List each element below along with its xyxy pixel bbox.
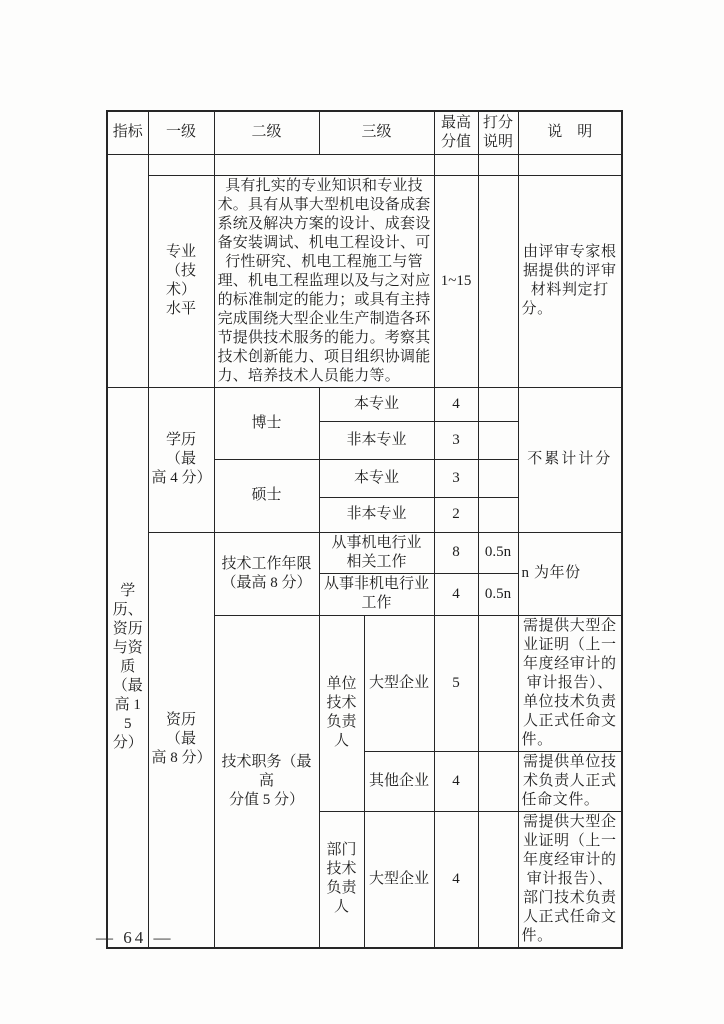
education-level1: 学历（最 高 4 分） (148, 387, 214, 532)
header-remark: 说 明 (518, 111, 622, 154)
unit-other-score: 4 (434, 751, 478, 811)
evaluation-table: 指标 一级 二级 三级 最高 分值 打分 说明 说 明 专业（技 术） 水平 具… (106, 110, 623, 949)
edu-master-nonmajor-score: 2 (434, 497, 478, 532)
edu-phd-major-row: 学历、 资历 与资 质（最 高 15 分） 学历（最 高 4 分） 博士 本专业… (107, 387, 622, 421)
header-max-score: 最高 分值 (434, 111, 478, 154)
empty-cell (478, 154, 518, 175)
workyears-related-level3: 从事机电行业 相关工作 (319, 532, 434, 573)
edu-phd-nonmajor-level3: 非本专业 (319, 421, 434, 459)
carryover-row (107, 154, 622, 175)
empty-cell (478, 175, 518, 387)
header-level3: 三级 (319, 111, 434, 154)
empty-cell (478, 811, 518, 948)
empty-cell (214, 154, 434, 175)
header-scoring-note: 打分 说明 (478, 111, 518, 154)
unit-large-score: 5 (434, 615, 478, 751)
empty-cell (478, 751, 518, 811)
professional-max-score: 1~15 (434, 175, 478, 387)
workyears-nonrelated-score: 4 (434, 573, 478, 615)
empty-cell (434, 154, 478, 175)
professional-row: 专业（技 术） 水平 具有扎实的专业知识和专业技术。具有从事大型机电设备成套系统… (107, 175, 622, 387)
edu-phd-nonmajor-score: 3 (434, 421, 478, 459)
header-row: 指标 一级 二级 三级 最高 分值 打分 说明 说 明 (107, 111, 622, 154)
titles-level2: 技术职务（最高 分值 5 分） (214, 615, 319, 948)
edu-phd-major-level3: 本专业 (319, 387, 434, 421)
unit-large-enterprise: 大型企业 (364, 615, 434, 751)
empty-cell (478, 459, 518, 497)
workyears-level2: 技术工作年限 （最高 8 分） (214, 532, 319, 615)
workyears-nonrelated-rule: 0.5n (478, 573, 518, 615)
header-level1: 一级 (148, 111, 214, 154)
document-page: 指标 一级 二级 三级 最高 分值 打分 说明 说 明 专业（技 术） 水平 具… (0, 0, 724, 1024)
indicator-qualification: 学历、 资历 与资 质（最 高 15 分） (107, 387, 148, 948)
unit-other-remark: 需提供单位技术负责人正式任命文件。 (518, 751, 622, 811)
header-level2: 二级 (214, 111, 319, 154)
empty-cell (478, 421, 518, 459)
unit-leader-label: 单位 技术 负责 人 (319, 615, 364, 811)
indicator-empty-cell (107, 154, 148, 387)
professional-level1: 专业（技 术） 水平 (148, 175, 214, 387)
empty-cell (478, 387, 518, 421)
dept-large-enterprise: 大型企业 (364, 811, 434, 948)
empty-cell (478, 497, 518, 532)
dept-large-remark: 需提供大型企业证明（上一年度经审计的审计报告）、部门技术负责人正式任命文件。 (518, 811, 622, 948)
professional-criteria: 具有扎实的专业知识和专业技术。具有从事大型机电设备成套系统及解决方案的设计、成套… (214, 175, 434, 387)
workyears-related-row: 资历（最 高 8 分） 技术工作年限 （最高 8 分） 从事机电行业 相关工作 … (107, 532, 622, 573)
header-indicator: 指标 (107, 111, 148, 154)
edu-phd-major-score: 4 (434, 387, 478, 421)
seniority-level1: 资历（最 高 8 分） (148, 532, 214, 948)
workyears-related-score: 8 (434, 532, 478, 573)
edu-phd-level2: 博士 (214, 387, 319, 459)
edu-master-level2: 硕士 (214, 459, 319, 532)
edu-master-nonmajor-level3: 非本专业 (319, 497, 434, 532)
unit-other-enterprise: 其他企业 (364, 751, 434, 811)
professional-remark: 由评审专家根据提供的评审材料判定打分。 (518, 175, 622, 387)
edu-master-major-score: 3 (434, 459, 478, 497)
education-remark: 不累计计分 (518, 387, 622, 532)
empty-cell (148, 154, 214, 175)
empty-cell (518, 154, 622, 175)
workyears-related-rule: 0.5n (478, 532, 518, 573)
page-number: — 64 — (96, 928, 174, 948)
dept-large-score: 4 (434, 811, 478, 948)
unit-large-remark: 需提供大型企业证明（上一年度经审计的审计报告）、单位技术负责人正式任命文件。 (518, 615, 622, 751)
workyears-remark: n 为年份 (518, 532, 622, 615)
workyears-nonrelated-level3: 从事非机电行业 工作 (319, 573, 434, 615)
edu-master-major-level3: 本专业 (319, 459, 434, 497)
dept-leader-label: 部门 技术 负责 人 (319, 811, 364, 948)
empty-cell (478, 615, 518, 751)
